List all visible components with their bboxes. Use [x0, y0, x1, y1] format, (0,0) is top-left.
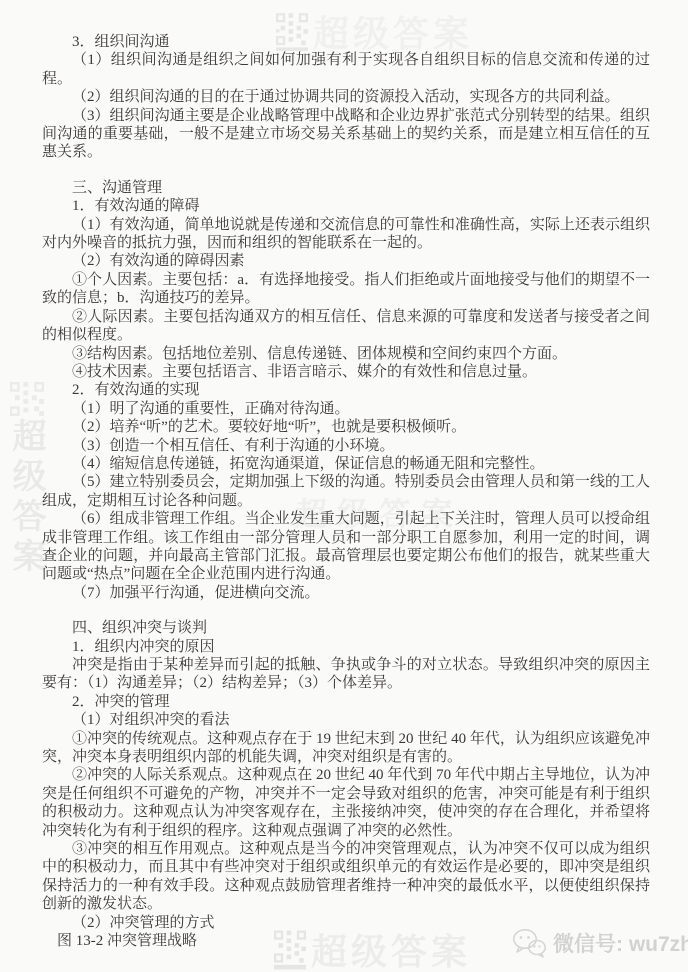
paragraph: （4）缩短信息传递链，拓宽沟通渠道，保证信息的畅通无阻和完整性。 — [42, 455, 650, 473]
paragraph: ②冲突的人际关系观点。这种观点在 20 世纪 40 年代到 70 年代中期占主导… — [42, 766, 650, 840]
section-heading-3: 三、沟通管理 — [42, 179, 650, 197]
paragraph: ①个人因素。主要包括：a．有选择地接受。指人们拒绝或片面地接受与他们的期望不一致… — [42, 271, 650, 308]
paragraph: ②人际因素。主要包括沟通双方的相互信任、信息来源的可靠度和发送者与接受者之间的相… — [42, 308, 650, 345]
section-heading-4: 四、组织冲突与谈判 — [42, 619, 650, 637]
paragraph: 冲突是指由于某种差异而引起的抵触、争执或争斗的对立状态。导致组织冲突的原因主要有… — [42, 656, 650, 693]
paragraph: （6）组成非管理工作组。当企业发生重大问题，引起上下关注时，管理人员可以授命组成… — [42, 510, 650, 584]
scanned-document-page: 超级答案 超级答案 超级答案 — [0, 0, 688, 972]
sub-heading: 1．组织内冲突的原因 — [42, 638, 650, 656]
paragraph: （3）组织间沟通主要是企业战略管理中战略和企业边界扩张范式分别转型的结果。组织间… — [42, 107, 650, 162]
document-body: 3．组织间沟通（1）组织间沟通是组织之间如何加强有利于实现各自组织目标的信息交流… — [42, 33, 650, 951]
paragraph: （2）组织间沟通的目的在于通过协调共同的资源投入活动，实现各方的共同利益。 — [42, 88, 650, 106]
qr-code-icon — [10, 382, 44, 416]
paragraph: （1）组织间沟通是组织之间如何加强有利于实现各自组织目标的信息交流和传递的过程。 — [42, 51, 650, 88]
paragraph: （1）有效沟通，简单地说就是传递和交流信息的可靠性和准确性高，实际上还表示组织对… — [42, 216, 650, 253]
paragraph: ③冲突的相互作用观点。这种观点是当今的冲突管理观点，认为冲突不仅可以成为组织中的… — [42, 840, 650, 914]
paragraph: ①冲突的传统观点。这种观点存在于 19 世纪末到 20 世纪 40 年代，认为组… — [42, 730, 650, 767]
sub-heading: 1．有效沟通的障碍 — [42, 197, 650, 215]
paragraph: ③结构因素。包括地位差别、信息传递链、团体规模和空间约束四个方面。 — [42, 345, 650, 363]
sub-heading: 2．有效沟通的实现 — [42, 381, 650, 399]
paragraph: （3）创造一个相互信任、有利于沟通的小环境。 — [42, 437, 650, 455]
paragraph: （5）建立特别委员会，定期加强上下级的沟通。特别委员会由管理人员和第一线的工人组… — [42, 473, 650, 510]
list-item-3: 3．组织间沟通 — [42, 33, 650, 51]
paragraph: （2）有效沟通的障碍因素 — [42, 252, 650, 270]
figure-caption: 图 13-2 冲突管理战略 — [42, 932, 650, 950]
paragraph: （2）培养“听”的艺术。要较好地“听”，也就是要积极倾听。 — [42, 418, 650, 436]
sub-heading: 2．冲突的管理 — [42, 693, 650, 711]
paragraph: ④技术因素。主要包括语言、非语言暗示、媒介的有效性和信息过量。 — [42, 363, 650, 381]
paragraph: （1）明了沟通的重要性，正确对待沟通。 — [42, 400, 650, 418]
paragraph: （7）加强平行沟通，促进横向交流。 — [42, 584, 650, 602]
paragraph: （1）对组织冲突的看法 — [42, 711, 650, 729]
paragraph: （2）冲突管理的方式 — [42, 914, 650, 932]
